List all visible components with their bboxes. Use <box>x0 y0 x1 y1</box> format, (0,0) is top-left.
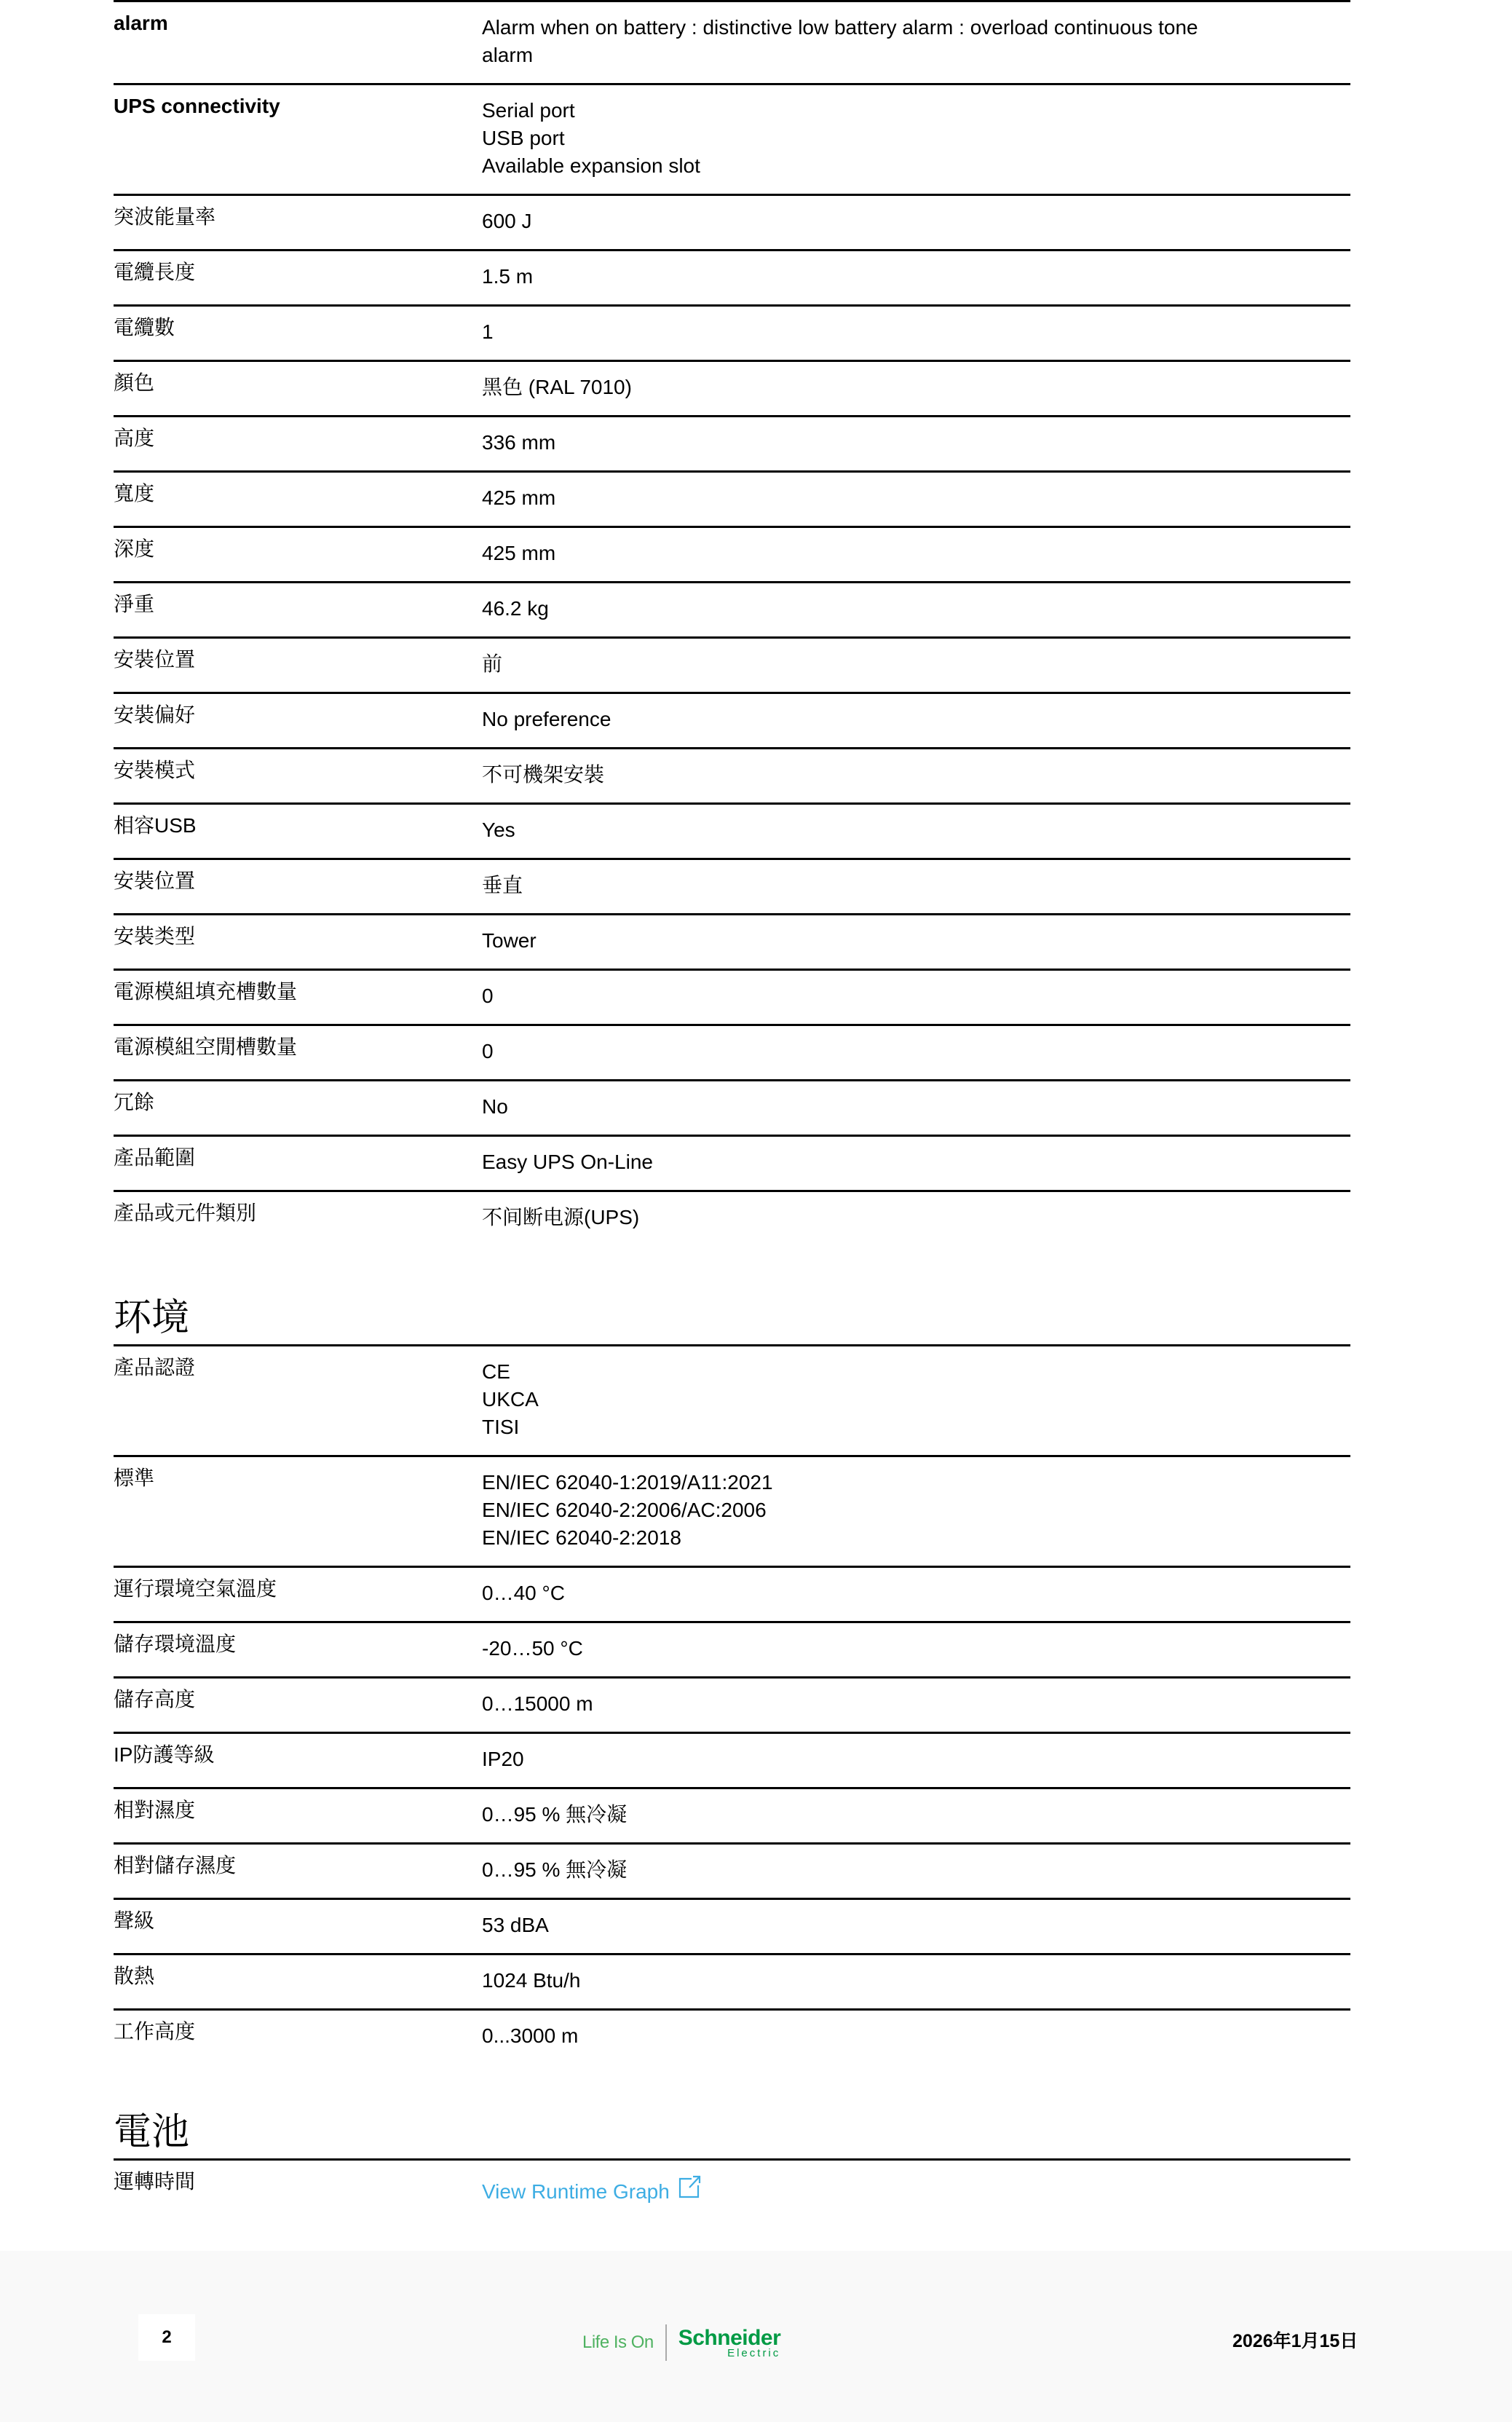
spec-value-line: 不间断电源(UPS) <box>482 1204 1350 1231</box>
spec-row: 安裝类型Tower <box>114 913 1350 969</box>
spec-value: Yes <box>482 805 1350 858</box>
spec-label: 深度 <box>114 528 482 581</box>
spec-label: 寬度 <box>114 473 482 526</box>
spec-value-line: 前 <box>482 650 1350 678</box>
spec-label: 安裝偏好 <box>114 694 482 747</box>
spec-value: 0...3000 m <box>482 2011 1350 2064</box>
logo-divider <box>665 2324 667 2361</box>
spec-value-line: 垂直 <box>482 872 1350 899</box>
spec-value-line: IP20 <box>482 1746 1350 1773</box>
spec-value-line: 0…15000 m <box>482 1690 1350 1718</box>
spec-value: 前 <box>482 639 1350 692</box>
spec-label: 儲存高度 <box>114 1679 482 1732</box>
spec-value-line: 0…95 % 無冷凝 <box>482 1801 1350 1829</box>
spec-row: 冗餘No <box>114 1079 1350 1135</box>
spec-label: 安裝位置 <box>114 639 482 692</box>
section-battery: 電池 運轉時間 View Runtime Graph <box>114 2110 1350 2246</box>
spec-value: 46.2 kg <box>482 583 1350 636</box>
spec-value-line: 不可機架安裝 <box>482 761 1350 789</box>
spec-label: 儲存環境溫度 <box>114 1623 482 1676</box>
spec-value-line: 0 <box>482 1038 1350 1065</box>
spec-row: 淨重46.2 kg <box>114 581 1350 636</box>
spec-label: 產品或元件類別 <box>114 1192 482 1245</box>
external-link-icon <box>677 2174 702 2199</box>
spec-label: IP防護等級 <box>114 1734 482 1787</box>
spec-value: 53 dBA <box>482 1900 1350 1953</box>
spec-value-line: 0…40 °C <box>482 1579 1350 1607</box>
spec-row-runtime: 運轉時間 View Runtime Graph <box>114 2158 1350 2246</box>
spec-value-line: -20…50 °C <box>482 1635 1350 1662</box>
spec-label: 顏色 <box>114 362 482 415</box>
spec-label: 相對濕度 <box>114 1789 482 1842</box>
spec-value-line: No preference <box>482 706 1350 733</box>
spec-label: alarm <box>114 2 482 83</box>
spec-value-line: 0 <box>482 982 1350 1010</box>
spec-row: 相對儲存濕度0…95 % 無冷凝 <box>114 1842 1350 1898</box>
spec-value-line: UKCA <box>482 1386 1350 1413</box>
spec-label: 淨重 <box>114 583 482 636</box>
spec-value-line: CE <box>482 1358 1350 1386</box>
spec-value-line: USB port <box>482 125 1350 152</box>
spec-value-line: EN/IEC 62040-1:2019/A11:2021 <box>482 1469 1350 1496</box>
spec-row: 安裝偏好No preference <box>114 692 1350 747</box>
spec-value: 0…40 °C <box>482 1568 1350 1621</box>
spec-value: 0 <box>482 971 1350 1024</box>
spec-row: 顏色黑色 (RAL 7010) <box>114 360 1350 415</box>
spec-row: 產品範圍Easy UPS On-Line <box>114 1135 1350 1190</box>
document-date: 2026年1月15日 <box>1232 2327 1358 2353</box>
spec-label: 電纜數 <box>114 307 482 360</box>
spec-value-line: 1024 Btu/h <box>482 1967 1350 1995</box>
schneider-logo: Life Is On Schneider Electric <box>582 2324 780 2362</box>
spec-label: 安裝类型 <box>114 915 482 969</box>
section-environment: 环境 產品認證CEUKCATISI標準EN/IEC 62040-1:2019/A… <box>114 1296 1350 2064</box>
page-footer: 2 Life Is On Schneider Electric 2026年1月1… <box>0 2251 1512 2422</box>
spec-value: 1 <box>482 307 1350 360</box>
spec-row: 突波能量率600 J <box>114 194 1350 249</box>
section-title: 電池 <box>114 2110 1350 2154</box>
spec-row: 安裝模式不可機架安裝 <box>114 747 1350 802</box>
spec-row: 電源模組填充槽數量0 <box>114 969 1350 1024</box>
spec-label: 聲級 <box>114 1900 482 1953</box>
spec-value: CEUKCATISI <box>482 1346 1350 1455</box>
spec-row: 電纜長度1.5 m <box>114 249 1350 304</box>
page-number: 2 <box>138 2314 195 2361</box>
spec-row: 高度336 mm <box>114 415 1350 470</box>
spec-value: No preference <box>482 694 1350 747</box>
spec-value-line: 53 dBA <box>482 1912 1350 1939</box>
spec-label: 運轉時間 <box>114 2161 482 2246</box>
view-runtime-graph-link[interactable]: View Runtime Graph <box>482 2178 702 2206</box>
brand-line2: Electric <box>727 2348 780 2359</box>
spec-value: 黑色 (RAL 7010) <box>482 362 1350 415</box>
spec-label: 電源模組空閒槽數量 <box>114 1026 482 1079</box>
spec-value-line: 黑色 (RAL 7010) <box>482 374 1350 401</box>
spec-row: 產品或元件類別不间断电源(UPS) <box>114 1190 1350 1245</box>
spec-row: UPS connectivitySerial portUSB portAvail… <box>114 83 1350 194</box>
spec-value: 425 mm <box>482 473 1350 526</box>
spec-value: 600 J <box>482 196 1350 249</box>
spec-value-line: 600 J <box>482 208 1350 235</box>
spec-value: IP20 <box>482 1734 1350 1787</box>
spec-value-line: EN/IEC 62040-2:2006/AC:2006 <box>482 1496 1350 1524</box>
spec-value-line: EN/IEC 62040-2:2018 <box>482 1524 1350 1552</box>
spec-label: 高度 <box>114 417 482 470</box>
spec-label: 散熱 <box>114 1955 482 2008</box>
spec-label: 產品認證 <box>114 1346 482 1455</box>
spec-document: alarmAlarm when on battery : distinctive… <box>114 0 1350 2246</box>
spec-value-line: Alarm when on battery : distinctive low … <box>482 14 1350 42</box>
link-label: View Runtime Graph <box>482 2178 670 2206</box>
spec-label: 冗餘 <box>114 1081 482 1135</box>
spec-value: 1.5 m <box>482 251 1350 304</box>
spec-value: 垂直 <box>482 860 1350 913</box>
spec-row: 運行環境空氣溫度0…40 °C <box>114 1566 1350 1621</box>
spec-row: 產品認證CEUKCATISI <box>114 1344 1350 1455</box>
spec-row: 深度425 mm <box>114 526 1350 581</box>
spec-row: 電纜數1 <box>114 304 1350 360</box>
life-is-on-tagline: Life Is On <box>582 2332 654 2353</box>
spec-table-environment: 產品認證CEUKCATISI標準EN/IEC 62040-1:2019/A11:… <box>114 1344 1350 2064</box>
spec-value-line: Tower <box>482 927 1350 955</box>
spec-value: No <box>482 1081 1350 1135</box>
section-title: 环境 <box>114 1296 1350 1340</box>
spec-row: 相對濕度0…95 % 無冷凝 <box>114 1787 1350 1842</box>
spec-label: 安裝模式 <box>114 749 482 802</box>
spec-table-general: alarmAlarm when on battery : distinctive… <box>114 0 1350 1245</box>
spec-value: 不间断电源(UPS) <box>482 1192 1350 1245</box>
brand-line1: Schneider <box>678 2327 781 2349</box>
spec-label: 相對儲存濕度 <box>114 1845 482 1898</box>
spec-row: 安裝位置前 <box>114 636 1350 692</box>
spec-label: 運行環境空氣溫度 <box>114 1568 482 1621</box>
spec-row: 聲級53 dBA <box>114 1898 1350 1953</box>
spec-value: -20…50 °C <box>482 1623 1350 1676</box>
spec-value-line: 425 mm <box>482 540 1350 567</box>
spec-row: IP防護等級IP20 <box>114 1732 1350 1787</box>
spec-label: 工作高度 <box>114 2011 482 2064</box>
spec-label: 產品範圍 <box>114 1137 482 1190</box>
spec-row: 寬度425 mm <box>114 470 1350 526</box>
spec-value-line: Available expansion slot <box>482 152 1350 180</box>
spec-label: 標準 <box>114 1457 482 1566</box>
spec-row: 標準EN/IEC 62040-1:2019/A11:2021EN/IEC 620… <box>114 1455 1350 1566</box>
spec-row: 安裝位置垂直 <box>114 858 1350 913</box>
spec-value-line: Yes <box>482 816 1350 844</box>
spec-value: 425 mm <box>482 528 1350 581</box>
spec-label: 相容USB <box>114 805 482 858</box>
spec-row: 儲存環境溫度-20…50 °C <box>114 1621 1350 1676</box>
spec-value-line: TISI <box>482 1413 1350 1441</box>
spec-row: 散熱1024 Btu/h <box>114 1953 1350 2008</box>
spec-value: Alarm when on battery : distinctive low … <box>482 2 1350 83</box>
spec-value-line: 0…95 % 無冷凝 <box>482 1856 1350 1884</box>
spec-row: 工作高度0...3000 m <box>114 2008 1350 2064</box>
spec-value: 不可機架安裝 <box>482 749 1350 802</box>
spec-value-line: 1 <box>482 318 1350 346</box>
spec-value-line: Serial port <box>482 97 1350 125</box>
spec-row: alarmAlarm when on battery : distinctive… <box>114 0 1350 83</box>
spec-value: 336 mm <box>482 417 1350 470</box>
spec-value-line: 0...3000 m <box>482 2022 1350 2050</box>
spec-value-line: Easy UPS On-Line <box>482 1148 1350 1176</box>
spec-value-line: No <box>482 1093 1350 1121</box>
spec-value-line: 336 mm <box>482 429 1350 457</box>
spec-value: Serial portUSB portAvailable expansion s… <box>482 85 1350 194</box>
spec-value: 1024 Btu/h <box>482 1955 1350 2008</box>
spec-label: 電源模組填充槽數量 <box>114 971 482 1024</box>
spec-value: EN/IEC 62040-1:2019/A11:2021EN/IEC 62040… <box>482 1457 1350 1566</box>
spec-value: Tower <box>482 915 1350 969</box>
spec-value: 0…95 % 無冷凝 <box>482 1789 1350 1842</box>
spec-value-line: alarm <box>482 42 1350 69</box>
spec-value-line: 1.5 m <box>482 263 1350 291</box>
spec-label: UPS connectivity <box>114 85 482 194</box>
spec-value: 0 <box>482 1026 1350 1079</box>
spec-row: 電源模組空閒槽數量0 <box>114 1024 1350 1079</box>
spec-label: 安裝位置 <box>114 860 482 913</box>
spec-row: 相容USBYes <box>114 802 1350 858</box>
spec-value: View Runtime Graph <box>482 2161 1350 2246</box>
brand-wordmark: Schneider Electric <box>678 2327 781 2359</box>
spec-value: 0…95 % 無冷凝 <box>482 1845 1350 1898</box>
spec-row: 儲存高度0…15000 m <box>114 1676 1350 1732</box>
spec-label: 電纜長度 <box>114 251 482 304</box>
spec-value: Easy UPS On-Line <box>482 1137 1350 1190</box>
spec-value: 0…15000 m <box>482 1679 1350 1732</box>
spec-value-line: 425 mm <box>482 484 1350 512</box>
spec-value-line: 46.2 kg <box>482 595 1350 623</box>
spec-label: 突波能量率 <box>114 196 482 249</box>
